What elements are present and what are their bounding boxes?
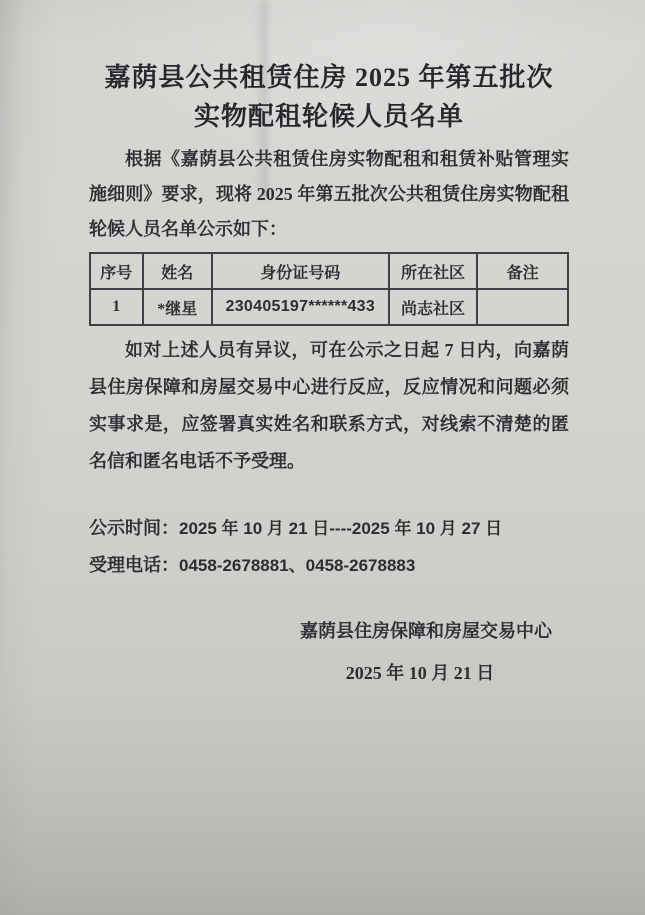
issuer-name: 嘉荫县住房保障和房屋交易中心: [186, 610, 645, 652]
signature-block: 嘉荫县住房保障和房屋交易中心 2025 年 10 月 21 日: [186, 610, 645, 694]
hotline-value: 0458-2678881、0458-2678883: [179, 556, 415, 575]
page-title: 嘉荫县公共租赁住房 2025 年第五批次 实物配租轮候人员名单: [89, 58, 569, 136]
waitlist-table: 序号 姓名 身份证号码 所在社区 备注 1 *继星 230405197*****…: [89, 252, 569, 326]
hotline-label: 受理电话：: [89, 555, 179, 575]
cell-remark: [477, 289, 568, 325]
table-row: 1 *继星 230405197******433 尚志社区: [90, 289, 568, 325]
header-seq: 序号: [90, 253, 143, 289]
publicity-period-value: 2025 年 10 月 21 日----2025 年 10 月 27 日: [179, 519, 502, 538]
header-id-number: 身份证号码: [212, 253, 389, 289]
cell-id-number: 230405197******433: [212, 289, 389, 325]
table-header-row: 序号 姓名 身份证号码 所在社区 备注: [90, 253, 568, 289]
publicity-period-line: 公示时间：2025 年 10 月 21 日----2025 年 10 月 27 …: [89, 510, 569, 547]
hotline-line: 受理电话：0458-2678881、0458-2678883: [89, 547, 569, 584]
header-remark: 备注: [477, 253, 568, 289]
photographed-document-page: 嘉荫县公共租赁住房 2025 年第五批次 实物配租轮候人员名单 根据《嘉荫县公共…: [0, 0, 645, 915]
header-name: 姓名: [143, 253, 212, 289]
cell-seq: 1: [90, 289, 143, 325]
issue-date: 2025 年 10 月 21 日: [180, 652, 645, 694]
cell-community: 尚志社区: [389, 289, 477, 325]
intro-paragraph: 根据《嘉荫县公共租赁住房实物配租和租赁补贴管理实施细则》要求，现将 2025 年…: [89, 142, 569, 247]
document-content: 嘉荫县公共租赁住房 2025 年第五批次 实物配租轮候人员名单 根据《嘉荫县公共…: [89, 58, 569, 694]
title-line-1: 嘉荫县公共租赁住房 2025 年第五批次: [104, 63, 553, 92]
cell-name: *继星: [143, 289, 212, 325]
header-community: 所在社区: [389, 253, 477, 289]
publicity-period-label: 公示时间：: [89, 518, 179, 538]
objection-paragraph: 如对上述人员有异议，可在公示之日起 7 日内，向嘉荫县住房保障和房屋交易中心进行…: [89, 332, 569, 480]
title-line-2: 实物配租轮候人员名单: [194, 102, 464, 131]
